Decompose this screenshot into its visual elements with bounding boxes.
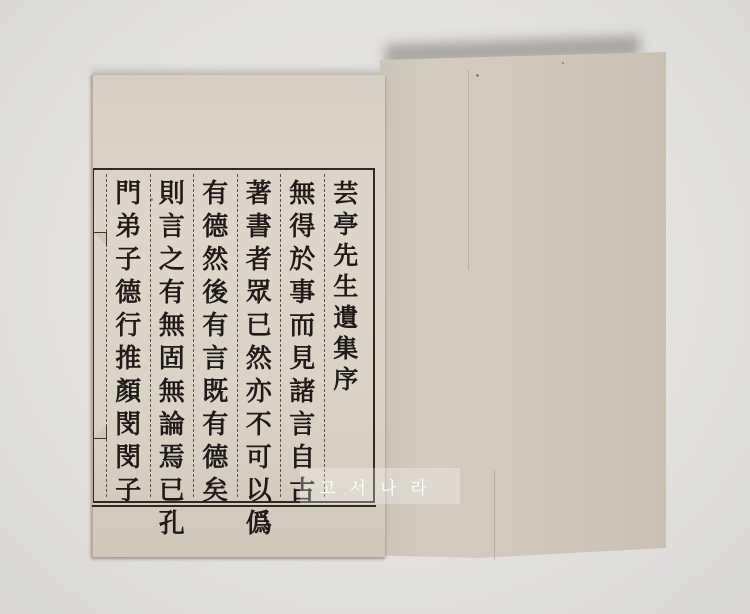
hanja-character: 先 <box>333 240 358 271</box>
hanja-character: 閔 <box>115 442 141 475</box>
hanja-character: 推 <box>115 343 141 376</box>
hanja-character: 僞 <box>246 508 272 541</box>
hanja-character: 事 <box>289 277 315 310</box>
hanja-character: 焉 <box>159 442 185 475</box>
hanja-character: 固 <box>159 343 185 376</box>
hanja-character: 德 <box>115 277 141 310</box>
text-columns: 芸亭先生遺集序 無得於事而見諸言自古 著書者眾已然亦不可以僞 有德然後有言既有德… <box>106 174 367 497</box>
hanja-character: 既 <box>202 376 228 409</box>
hanja-character: 論 <box>159 409 185 442</box>
paper-spot <box>476 74 479 77</box>
hanja-character: 孔 <box>159 508 185 541</box>
hanja-character: 見 <box>289 343 315 376</box>
hanja-character: 著 <box>246 178 272 211</box>
paper-spot <box>150 198 153 201</box>
paper-spot <box>562 62 564 64</box>
hanja-character: 芸 <box>333 178 358 209</box>
frame-bottom-rule <box>92 505 376 507</box>
hanja-character: 然 <box>202 244 228 277</box>
hanja-character: 者 <box>246 244 272 277</box>
hanja-character: 得 <box>289 211 315 244</box>
page-crease <box>468 70 469 270</box>
hanja-character: 亦 <box>246 376 272 409</box>
hanja-character: 已 <box>159 475 185 508</box>
hanja-character: 以 <box>246 475 272 508</box>
hanja-character: 無 <box>159 376 185 409</box>
hanja-character: 閔 <box>115 409 141 442</box>
watermark: 고서나라 <box>300 468 460 504</box>
hanja-character: 矣 <box>202 475 228 508</box>
hanja-character: 子 <box>115 244 141 277</box>
page-fold-line <box>494 470 495 560</box>
column-body: 則言之有無固無論焉已孔 <box>150 174 194 497</box>
hanja-character: 亭 <box>333 209 358 240</box>
hanja-character: 則 <box>159 178 185 211</box>
hanja-character: 言 <box>159 211 185 244</box>
hanja-character: 行 <box>115 310 141 343</box>
hanja-character: 門 <box>115 178 141 211</box>
hanja-character: 後 <box>202 277 228 310</box>
column-title: 芸亭先生遺集序 <box>324 174 368 497</box>
column-body: 著書者眾已然亦不可以僞 <box>237 174 281 497</box>
column-body: 無得於事而見諸言自古 <box>280 174 324 497</box>
hanja-character: 有 <box>159 277 185 310</box>
hanja-character: 德 <box>202 211 228 244</box>
hanja-character: 有 <box>202 409 228 442</box>
hanja-character: 有 <box>202 178 228 211</box>
hanja-character: 眾 <box>246 277 272 310</box>
text-frame: 芸亭先生遺集序 無得於事而見諸言自古 著書者眾已然亦不可以僞 有德然後有言既有德… <box>93 168 375 503</box>
column-body: 門弟子德行推顏閔閔子 <box>106 174 150 497</box>
column-body: 有德然後有言既有德矣 <box>193 174 237 497</box>
hanja-character: 諸 <box>289 376 315 409</box>
hanja-character: 言 <box>289 409 315 442</box>
hanja-character: 已 <box>246 310 272 343</box>
hanja-character: 之 <box>159 244 185 277</box>
hanja-character: 無 <box>289 178 315 211</box>
hanja-character: 言 <box>202 343 228 376</box>
hanja-character: 德 <box>202 442 228 475</box>
hanja-character: 而 <box>289 310 315 343</box>
hanja-character: 遺 <box>333 302 358 333</box>
hanja-character: 有 <box>202 310 228 343</box>
hanja-character: 顏 <box>115 376 141 409</box>
hanja-character: 無 <box>159 310 185 343</box>
hanja-character: 然 <box>246 343 272 376</box>
hanja-character: 書 <box>246 211 272 244</box>
hanja-character: 可 <box>246 442 272 475</box>
hanja-character: 弟 <box>115 211 141 244</box>
hanja-character: 不 <box>246 409 272 442</box>
hanja-character: 序 <box>333 364 358 395</box>
hanja-character: 子 <box>115 475 141 508</box>
hanja-character: 集 <box>333 333 358 364</box>
hanja-character: 於 <box>289 244 315 277</box>
hanja-character: 生 <box>333 271 358 302</box>
